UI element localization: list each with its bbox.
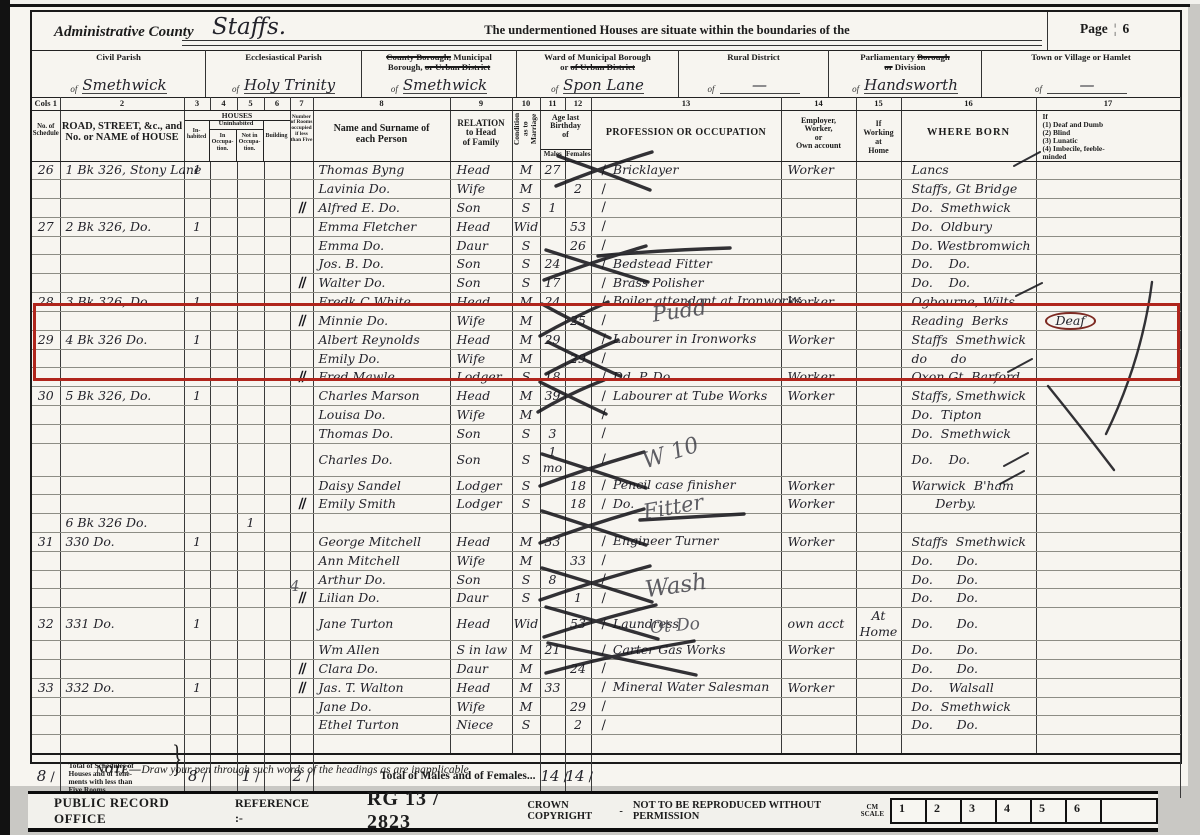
note-label: NOTE— [96,764,141,776]
census-table: Cols 1234567891011121314151617 No. of Sc… [32,97,1181,798]
cell-employer [781,217,856,236]
district-cell: Ward of Municipal Boroughor of Urban Dis… [517,50,679,97]
cell-rooms [290,349,313,368]
cell-infirmity [1036,514,1180,533]
cell-inhabited [184,735,210,754]
cell-building [264,330,290,349]
cell-uninhabited-not-occupation [237,199,264,218]
cell-infirmity [1036,424,1180,443]
cell-inhabited [184,697,210,716]
cell-address: 331 Do. [60,608,184,641]
census-row: 6 Bk 326 Do. 1 [32,514,1180,533]
cell-where-born: Warwick B'ham [901,476,1036,495]
cell-rooms [290,697,313,716]
cell-working-at-home [856,697,901,716]
cell-working-at-home [856,533,901,552]
cell-age-male: 29 [540,330,565,349]
cell-age-male: 39 [540,387,565,406]
header-relation: RELATION to Head of Family [450,110,512,161]
cell-uninhabited-in-occupation [210,716,237,735]
cell-inhabited: 1 [184,330,210,349]
cell-age-male [540,551,565,570]
cell-uninhabited-in-occupation [210,476,237,495]
cell-age-male [540,495,565,514]
cell-occupation [591,570,781,589]
census-row: 31 330 Do. 1 George Mitchell Head M 33 E… [32,533,1180,552]
cell-building [264,533,290,552]
cell-age-female [565,678,591,697]
cell-age-female: 2 [565,180,591,199]
cell-where-born: Do. Do. [901,660,1036,679]
cell-age-male: 1 mo [540,443,565,476]
cell-occupation: Brass Polisher [591,274,781,293]
cell-relation: Wife [450,406,512,425]
of-word: of [707,84,714,94]
cell-schedule-number [32,424,60,443]
cell-uninhabited-in-occupation [210,570,237,589]
cell-infirmity [1036,476,1180,495]
cell-address [60,589,184,608]
cell-name: Clara Do. [313,660,450,679]
column-number: 16 [901,97,1036,110]
cell-condition: M [512,311,540,330]
cell-age-male: 21 [540,641,565,660]
cell-address: 332 Do. [60,678,184,697]
cell-name: Emily Do. [313,349,450,368]
cell-building [264,293,290,312]
cell-address [60,641,184,660]
census-row: 30 5 Bk 326, Do. 1 Charles Marson Head M… [32,387,1180,406]
cell-where-born: Do. Westbromwich [901,236,1036,255]
district-value: — [720,77,800,94]
cell-occupation [591,217,781,236]
cell-relation: Son [450,255,512,274]
cell-uninhabited-not-occupation [237,236,264,255]
cell-age-female [565,330,591,349]
cell-name: Wm Allen [313,641,450,660]
cell-where-born [901,735,1036,754]
cell-relation: Daur [450,236,512,255]
cell-schedule-number [32,589,60,608]
cell-age-female [565,443,591,476]
cell-occupation [591,199,781,218]
cell-address: 2 Bk 326, Do. [60,217,184,236]
cell-uninhabited-in-occupation [210,387,237,406]
column-number: 14 [781,97,856,110]
cell-building [264,443,290,476]
cell-building [264,236,290,255]
header-males: Males [541,150,567,161]
cell-name [313,735,450,754]
deaf-annotation: Deaf [1045,312,1097,330]
cell-where-born: Do. Tipton [901,406,1036,425]
cell-inhabited [184,641,210,660]
cell-occupation [591,311,781,330]
district-cell: Ecclesiastical ParishofHoly Trinity [206,50,362,97]
cell-uninhabited-not-occupation [237,660,264,679]
cell-occupation: Bedstead Fitter [591,255,781,274]
header-name: Name and Surname of each Person [313,110,450,161]
cell-name: Lavinia Do. [313,180,450,199]
cell-infirmity [1036,608,1180,641]
crown-copyright: CROWN COPYRIGHT [527,800,609,822]
cell-schedule-number [32,199,60,218]
cell-employer: Worker [781,387,856,406]
cell-rooms [290,236,313,255]
cell-where-born: Oxon Gt. Barford [901,368,1036,387]
cell-age-male: 1 [540,199,565,218]
cell-working-at-home [856,570,901,589]
cell-employer [781,406,856,425]
cell-where-born: Do. Smethwick [901,199,1036,218]
column-number: 2 [60,97,184,110]
cell-condition: S [512,495,540,514]
cell-employer: Worker [781,641,856,660]
cell-infirmity [1036,255,1180,274]
cell-rooms [290,678,313,697]
reference-label: REFERENCE :- [235,796,309,826]
cell-building [264,349,290,368]
cell-address [60,443,184,476]
cell-employer [781,180,856,199]
cell-age-female: 29 [565,697,591,716]
cell-age-female: 1 [565,589,591,608]
cell-inhabited [184,424,210,443]
cell-occupation [591,443,781,476]
cell-condition: M [512,660,540,679]
scan-edge-left [0,0,10,835]
cell-age-male: 18 [540,368,565,387]
cell-relation: Lodger [450,368,512,387]
cell-schedule-number: 30 [32,387,60,406]
cell-condition: M [512,293,540,312]
cell-schedule-number [32,495,60,514]
cell-uninhabited-in-occupation [210,255,237,274]
cell-relation: Wife [450,551,512,570]
cell-rooms [290,180,313,199]
cell-where-born: Staffs, Gt Bridge [901,180,1036,199]
cell-address [60,236,184,255]
cell-age-male: 3 [540,424,565,443]
cell-address [60,716,184,735]
cell-condition: Wid [512,217,540,236]
cell-relation: Head [450,161,512,180]
census-row: Alfred E. Do. Son S 1 Do. Smethwick [32,199,1180,218]
cell-age-male [540,180,565,199]
header-employer: Employer, Worker, or Own account [781,110,856,161]
cell-rooms [290,660,313,679]
cell-relation: Son [450,199,512,218]
header-where-born: WHERE BORN [901,110,1036,161]
cell-inhabited [184,589,210,608]
cell-condition: M [512,349,540,368]
scale-box: 5 [1030,798,1067,824]
cell-schedule-number [32,476,60,495]
cell-age-male: 33 [540,533,565,552]
cell-condition: Wid [512,608,540,641]
cell-inhabited: 1 [184,293,210,312]
cell-working-at-home [856,255,901,274]
cell-age-female: 33 [565,551,591,570]
cell-name: Louisa Do. [313,406,450,425]
district-value: Handsworth [864,77,958,94]
cell-address [60,406,184,425]
cell-infirmity [1036,236,1180,255]
cell-working-at-home [856,349,901,368]
column-number: 13 [591,97,781,110]
cell-employer [781,255,856,274]
district-header-row: Civil ParishofSmethwickEcclesiastical Pa… [32,50,1180,98]
cell-working-at-home [856,514,901,533]
cell-building [264,368,290,387]
cell-infirmity [1036,678,1180,697]
cell-uninhabited-not-occupation [237,641,264,660]
cell-age-male [540,735,565,754]
cell-infirmity [1036,697,1180,716]
cell-age-female [565,255,591,274]
cell-uninhabited-in-occupation [210,180,237,199]
cell-employer [781,274,856,293]
cell-rooms [290,293,313,312]
cell-working-at-home [856,274,901,293]
cell-uninhabited-not-occupation [237,697,264,716]
cell-schedule-number [32,716,60,735]
cell-employer: Worker [781,330,856,349]
cell-rooms [290,424,313,443]
cell-employer [781,735,856,754]
cell-inhabited [184,180,210,199]
cell-uninhabited-in-occupation [210,199,237,218]
cell-rooms [290,495,313,514]
cell-working-at-home [856,368,901,387]
cell-building [264,660,290,679]
cell-occupation: Engineer Turner [591,533,781,552]
cell-age-male: 33 [540,678,565,697]
cell-condition: M [512,161,540,180]
cell-building [264,551,290,570]
admin-county-underline [182,40,1042,46]
cell-schedule-number: 32 [32,608,60,641]
cell-infirmity [1036,349,1180,368]
cell-inhabited [184,660,210,679]
cell-schedule-number: 33 [32,678,60,697]
cell-rooms [290,608,313,641]
cell-rooms [290,641,313,660]
cell-where-born: Do. Do. [901,716,1036,735]
district-value: — [1047,77,1127,94]
cell-uninhabited-in-occupation [210,368,237,387]
cell-infirmity [1036,443,1180,476]
cell-name: Emma Do. [313,236,450,255]
cell-inhabited [184,495,210,514]
district-cell: Civil ParishofSmethwick [32,50,206,97]
cell-relation: Daur [450,660,512,679]
of-word: of [852,84,859,94]
cell-infirmity [1036,274,1180,293]
cell-relation: Head [450,608,512,641]
cell-inhabited [184,274,210,293]
cell-name: Minnie Do. [313,311,450,330]
cell-working-at-home [856,641,901,660]
cell-rooms [290,161,313,180]
cell-uninhabited-in-occupation [210,217,237,236]
cell-infirmity [1036,387,1180,406]
cell-uninhabited-not-occupation [237,735,264,754]
cell-address [60,476,184,495]
cell-inhabited [184,368,210,387]
cell-inhabited [184,551,210,570]
cell-schedule-number [32,274,60,293]
cell-building [264,406,290,425]
cell-inhabited: 1 [184,608,210,641]
cell-where-born: Do. Smethwick [901,424,1036,443]
cell-infirmity [1036,533,1180,552]
cell-building [264,161,290,180]
cell-employer: Worker [781,161,856,180]
cell-infirmity [1036,161,1180,180]
cell-name: Fred Mawle [313,368,450,387]
cell-schedule-number: 27 [32,217,60,236]
page-divider [1047,12,1048,50]
census-row: Walter Do. Son S 17 Brass Polisher Do. D… [32,274,1180,293]
cell-uninhabited-not-occupation [237,180,264,199]
note-line: NOTE—Draw your pen through such words of… [96,764,472,776]
district-cell: Parliamentary Boroughor DivisionofHandsw… [829,50,982,97]
cell-infirmity [1036,495,1180,514]
cell-schedule-number: 26 [32,161,60,180]
cell-inhabited: 1 [184,217,210,236]
cell-relation: Lodger [450,495,512,514]
cell-address [60,180,184,199]
census-row: Lilian Do. Daur S 1 Do. Do. [32,589,1180,608]
cell-schedule-number [32,551,60,570]
cell-uninhabited-not-occupation [237,161,264,180]
cell-schedule-number [32,443,60,476]
cell-address [60,697,184,716]
cell-inhabited [184,349,210,368]
cell-employer [781,311,856,330]
of-word: of [391,84,398,94]
cell-name: Jos. B. Do. [313,255,450,274]
census-row: Emma Do. Daur S 26 Do. Westbromwich [32,236,1180,255]
cell-age-male: 17 [540,274,565,293]
scan-edge-top [8,4,1190,7]
cell-working-at-home [856,161,901,180]
cell-relation: Head [450,330,512,349]
cell-inhabited: 1 [184,678,210,697]
cell-age-female [565,424,591,443]
cell-schedule-number [32,406,60,425]
cell-rooms [290,514,313,533]
cell-condition: S [512,368,540,387]
header-condition: Condition as to Marriage [512,110,540,161]
cell-name: Emily Smith [313,495,450,514]
cell-where-born: Do. Do. [901,641,1036,660]
cell-condition: M [512,697,540,716]
cell-employer [781,660,856,679]
census-row: Jos. B. Do. Son S 24 Bedstead Fitter Do.… [32,255,1180,274]
cell-working-at-home [856,311,901,330]
cell-inhabited [184,476,210,495]
cell-working-at-home [856,406,901,425]
cell-occupation [591,589,781,608]
cell-uninhabited-not-occupation [237,678,264,697]
cell-uninhabited-not-occupation [237,255,264,274]
cell-relation: Son [450,274,512,293]
cell-address [60,495,184,514]
cell-uninhabited-in-occupation [210,495,237,514]
record-office-label: PUBLIC RECORD OFFICE [54,795,183,827]
cell-name: Jane Turton [313,608,450,641]
cell-occupation [591,551,781,570]
reproduction-notice: NOT TO BE REPRODUCED WITHOUT PERMISSION [633,800,827,822]
cell-age-female [565,161,591,180]
cell-address [60,570,184,589]
cell-uninhabited-in-occupation [210,293,237,312]
cell-rooms [290,443,313,476]
cell-occupation: Labourer in Ironworks [591,330,781,349]
cell-rooms [290,255,313,274]
cell-age-male [540,476,565,495]
column-number: 9 [450,97,512,110]
cell-employer: Worker [781,495,856,514]
cell-working-at-home [856,424,901,443]
cell-age-male [540,514,565,533]
cell-age-female: 53 [565,608,591,641]
cell-age-female: 53 [565,217,591,236]
census-row: Louisa Do. Wife M Do. Tipton [32,406,1180,425]
cell-uninhabited-in-occupation [210,161,237,180]
cell-relation: Lodger [450,476,512,495]
census-row: Ann Mitchell Wife M 33 Do. Do. [32,551,1180,570]
cell-age-female [565,368,591,387]
cell-infirmity [1036,293,1180,312]
district-cell: County Borough, MunicipalBorough, or Urb… [362,50,517,97]
cell-where-born: Do. Do. [901,255,1036,274]
cell-occupation [591,514,781,533]
cell-condition: S [512,476,540,495]
cell-infirmity [1036,406,1180,425]
cell-uninhabited-not-occupation [237,716,264,735]
of-word: of [1035,84,1042,94]
cell-relation: Head [450,217,512,236]
cell-age-female [565,406,591,425]
cell-working-at-home [856,589,901,608]
cell-working-at-home [856,660,901,679]
header-profession: PROFESSION OR OCCUPATION [591,110,781,161]
cell-occupation [591,735,781,754]
cell-building [264,217,290,236]
cell-uninhabited-in-occupation [210,424,237,443]
cell-condition: S [512,443,540,476]
cell-uninhabited-not-occupation: 1 [237,514,264,533]
cell-working-at-home [856,678,901,697]
cell-relation: Wife [450,180,512,199]
cell-building [264,716,290,735]
cell-employer [781,589,856,608]
admin-county-band: Administrative County Staffs. The underm… [32,12,1180,51]
census-row: Clara Do. Daur M 24 Do. Do. [32,660,1180,679]
cell-schedule-number [32,641,60,660]
reference-number: RG 13 / 2823 [367,788,459,834]
cell-rooms [290,199,313,218]
cell-working-at-home [856,495,901,514]
cell-address: 6 Bk 326 Do. [60,514,184,533]
cell-address [60,735,184,754]
undermentioned-text: The undermentioned Houses are situate wi… [432,23,902,38]
cell-condition: M [512,406,540,425]
scale-box: 3 [960,798,997,824]
